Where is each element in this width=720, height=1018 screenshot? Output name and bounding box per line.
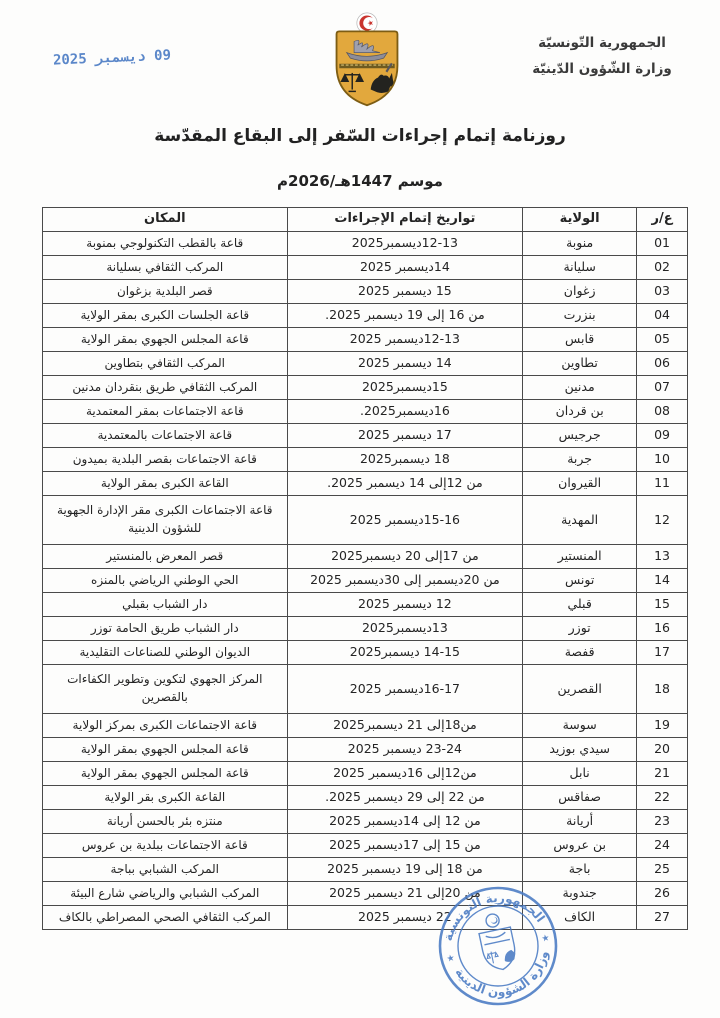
cell-wilaya: القصرين [523,664,637,713]
cell-dates: 22 ديسمبر 2025 [287,905,523,929]
cell-wilaya: بن عروس [523,833,637,857]
cell-place: المركب الثقافي بتطاوين [43,351,288,375]
table-row: 03 زغوان 15 ديسمبر 2025 قصر البلدية بزغو… [43,279,688,303]
cell-row-number: 11 [637,471,688,495]
schedule-table: ع/ر الولاية تواريخ إتمام الإجراءات المكا… [42,207,688,930]
stamp-star-left: ★ [446,953,456,964]
table-row: 01 منوبة 12-13ديسمبر2025 قاعة بالقطب الت… [43,231,688,255]
cell-wilaya: صفاقس [523,785,637,809]
cell-dates: 23-24 ديسمبر 2025 [287,737,523,761]
cell-wilaya: بن قردان [523,399,637,423]
table-row: 10 جربة 18 ديسمبر2025 قاعة الاجتماعات بق… [43,447,688,471]
republic-name: الجمهورية التّونسيّة [502,30,702,56]
ministry-header: الجمهورية التّونسيّة وزارة الشّؤون الدّي… [502,30,702,82]
cell-wilaya: جرجيس [523,423,637,447]
cell-row-number: 26 [637,881,688,905]
cell-wilaya: منوبة [523,231,637,255]
cell-row-number: 21 [637,761,688,785]
stamp-star-right: ★ [541,933,551,944]
table-row: 24 بن عروس من 15 إلى 17ديسمبر 2025 قاعة … [43,833,688,857]
cell-dates: من 22 إلى 29 ديسمبر 2025. [287,785,523,809]
cell-row-number: 01 [637,231,688,255]
cell-row-number: 22 [637,785,688,809]
cell-row-number: 24 [637,833,688,857]
cell-dates: 16ديسمبر2025. [287,399,523,423]
cell-wilaya: توزر [523,616,637,640]
stamp-bottom-text: وزارة الشؤون الدينية [451,947,559,1009]
cell-place: المركز الجهوي لتكوين وتطوير الكفاءات بال… [43,664,288,713]
cell-wilaya: سليانة [523,255,637,279]
cell-dates: 13ديسمبر2025 [287,616,523,640]
cell-wilaya: المهدية [523,495,637,544]
table-row: 07 مدنين 15ديسمبر2025 المركب الثقافي طري… [43,375,688,399]
cell-row-number: 19 [637,713,688,737]
table-row: 15 قبلي 12 ديسمبر 2025 دار الشباب بقبلي [43,592,688,616]
table-row: 13 المنستير من 17إلى 20 ديسمبر2025 قصر ا… [43,544,688,568]
cell-place: المركب الشبابي والرياضي شارع البيئة [43,881,288,905]
cell-row-number: 09 [637,423,688,447]
cell-row-number: 03 [637,279,688,303]
table-row: 09 جرجيس 17 ديسمبر 2025 قاعة الاجتماعات … [43,423,688,447]
cell-wilaya: قبلي [523,592,637,616]
cell-place: المركب الثقافي بسليانة [43,255,288,279]
cell-wilaya: تطاوين [523,351,637,375]
cell-place: قاعة الاجتماعات بمقر المعتمدية [43,399,288,423]
cell-dates: من 16 إلى 19 ديسمبر 2025. [287,303,523,327]
table-row: 23 أريانة من 12 إلى 14ديسمبر 2025 منتزه … [43,809,688,833]
cell-wilaya: القيروان [523,471,637,495]
cell-place: قاعة الاجتماعات بقصر البلدية بميدون [43,447,288,471]
cell-place: القاعة الكبرى بقر الولاية [43,785,288,809]
table-row: 17 قفصة 14-15 ديسمبر2025 الديوان الوطني … [43,640,688,664]
cell-row-number: 02 [637,255,688,279]
cell-dates: من 12إلى 14 ديسمبر 2025. [287,471,523,495]
cell-place: قصر البلدية بزغوان [43,279,288,303]
cell-place: المركب الثقافي طريق بنقردان مدنين [43,375,288,399]
cell-row-number: 14 [637,568,688,592]
cell-place: الديوان الوطني للصناعات التقليدية [43,640,288,664]
cell-place: الحي الوطني الرياضي بالمنزه [43,568,288,592]
cell-row-number: 20 [637,737,688,761]
cell-wilaya: قابس [523,327,637,351]
table-row: 21 نابل من12إلى 16ديسمبر 2025 قاعة المجل… [43,761,688,785]
cell-place: قاعة الاجتماعات الكبرى مقر الإدارة الجهو… [43,495,288,544]
document-page: الجمهورية التّونسيّة وزارة الشّؤون الدّي… [0,0,720,1018]
page-title: روزنامة إتمام إجراءات السّفر إلى البقاع … [0,126,720,146]
table-row: 05 قابس 12-13ديسمبر 2025 قاعة المجلس الج… [43,327,688,351]
cell-dates: 16-17ديسمبر 2025 [287,664,523,713]
table-row: 16 توزر 13ديسمبر2025 دار الشباب طريق الح… [43,616,688,640]
cell-row-number: 18 [637,664,688,713]
cell-place: قاعة المجلس الجهوي بمقر الولاية [43,761,288,785]
cell-dates: 18 ديسمبر2025 [287,447,523,471]
page-subtitle: موسم 1447هـ/2026م [0,172,720,190]
cell-place: قصر المعرض بالمنستير [43,544,288,568]
cell-row-number: 10 [637,447,688,471]
table-header-row: ع/ر الولاية تواريخ إتمام الإجراءات المكا… [43,208,688,232]
cell-dates: من 20ديسمبر إلى 30ديسمبر 2025 [287,568,523,592]
table-row: 12 المهدية 15-16ديسمبر 2025 قاعة الاجتما… [43,495,688,544]
table-row: 26 جندوبة من 20إلى 21 ديسمبر 2025 المركب… [43,881,688,905]
table-row: 20 سيدي بوزيد 23-24 ديسمبر 2025 قاعة الم… [43,737,688,761]
cell-wilaya: تونس [523,568,637,592]
cell-place: قاعة الاجتماعات ببلدية بن عروس [43,833,288,857]
table-row: 25 باجة من 18 إلى 19 ديسمبر 2025 المركب … [43,857,688,881]
cell-wilaya: قفصة [523,640,637,664]
cell-row-number: 16 [637,616,688,640]
cell-dates: 12-13ديسمبر2025 [287,231,523,255]
table-row: 11 القيروان من 12إلى 14 ديسمبر 2025. الق… [43,471,688,495]
table-row: 27 الكاف 22 ديسمبر 2025 المركب الثقافي ا… [43,905,688,929]
cell-place: القاعة الكبرى بمقر الولاية [43,471,288,495]
cell-wilaya: باجة [523,857,637,881]
cell-place: دار الشباب بقبلي [43,592,288,616]
cell-wilaya: مدنين [523,375,637,399]
cell-row-number: 08 [637,399,688,423]
cell-wilaya: زغوان [523,279,637,303]
cell-row-number: 15 [637,592,688,616]
cell-place: المركب الثقافي الصحي المصراطي بالكاف [43,905,288,929]
column-header-place: المكان [43,208,288,232]
column-header-dates: تواريخ إتمام الإجراءات [287,208,523,232]
cell-dates: من 17إلى 20 ديسمبر2025 [287,544,523,568]
table-row: 18 القصرين 16-17ديسمبر 2025 المركز الجهو… [43,664,688,713]
cell-dates: من 18 إلى 19 ديسمبر 2025 [287,857,523,881]
cell-row-number: 17 [637,640,688,664]
cell-row-number: 13 [637,544,688,568]
column-header-number: ع/ر [637,208,688,232]
cell-dates: 14-15 ديسمبر2025 [287,640,523,664]
cell-row-number: 27 [637,905,688,929]
cell-dates: من 12 إلى 14ديسمبر 2025 [287,809,523,833]
cell-row-number: 06 [637,351,688,375]
cell-wilaya: سيدي بوزيد [523,737,637,761]
cell-dates: من12إلى 16ديسمبر 2025 [287,761,523,785]
cell-place: قاعة الجلسات الكبرى بمقر الولاية [43,303,288,327]
cell-row-number: 25 [637,857,688,881]
cell-place: قاعة الاجتماعات الكبرى بمركز الولاية [43,713,288,737]
coat-of-arms-svg [330,12,404,108]
cell-dates: 14ديسمبر 2025 [287,255,523,279]
table-row: 19 سوسة من18إلى 21 ديسمبر2025 قاعة الاجت… [43,713,688,737]
cell-wilaya: أريانة [523,809,637,833]
table-row: 08 بن قردان 16ديسمبر2025. قاعة الاجتماعا… [43,399,688,423]
cell-dates: من18إلى 21 ديسمبر2025 [287,713,523,737]
table-row: 06 تطاوين 14 ديسمبر 2025 المركب الثقافي … [43,351,688,375]
cell-dates: من 15 إلى 17ديسمبر 2025 [287,833,523,857]
table-row: 14 تونس من 20ديسمبر إلى 30ديسمبر 2025 ال… [43,568,688,592]
cell-dates: 15ديسمبر2025 [287,375,523,399]
cell-place: قاعة المجلس الجهوي بمقر الولاية [43,737,288,761]
cell-dates: 14 ديسمبر 2025 [287,351,523,375]
cell-place: منتزه بئر بالحسن أريانة [43,809,288,833]
cell-place: قاعة المجلس الجهوي بمقر الولاية [43,327,288,351]
cell-row-number: 05 [637,327,688,351]
cell-row-number: 12 [637,495,688,544]
table-row: 22 صفاقس من 22 إلى 29 ديسمبر 2025. القاع… [43,785,688,809]
cell-row-number: 23 [637,809,688,833]
svg-text:وزارة الشؤون الدينية: وزارة الشؤون الدينية [451,947,559,1009]
date-received-stamp: 09 ديسمبر 2025 [42,47,183,69]
cell-wilaya: نابل [523,761,637,785]
cell-place: المركب الشبابي بباجة [43,857,288,881]
cell-dates: من 20إلى 21 ديسمبر 2025 [287,881,523,905]
cell-dates: 12 ديسمبر 2025 [287,592,523,616]
cell-place: قاعة بالقطب التكنولوجي بمنوبة [43,231,288,255]
cell-place: قاعة الاجتماعات بالمعتمدية [43,423,288,447]
column-header-wilaya: الولاية [523,208,637,232]
cell-row-number: 07 [637,375,688,399]
ministry-name: وزارة الشّؤون الدّينيّة [502,56,702,82]
table-row: 02 سليانة 14ديسمبر 2025 المركب الثقافي ب… [43,255,688,279]
tunisia-coat-of-arms-icon [330,12,404,108]
cell-dates: 17 ديسمبر 2025 [287,423,523,447]
cell-place: دار الشباب طريق الحامة توزر [43,616,288,640]
cell-wilaya: بنزرت [523,303,637,327]
cell-dates: 15 ديسمبر 2025 [287,279,523,303]
cell-dates: 15-16ديسمبر 2025 [287,495,523,544]
cell-wilaya: جربة [523,447,637,471]
cell-row-number: 04 [637,303,688,327]
cell-dates: 12-13ديسمبر 2025 [287,327,523,351]
table-row: 04 بنزرت من 16 إلى 19 ديسمبر 2025. قاعة … [43,303,688,327]
cell-wilaya: الكاف [523,905,637,929]
cell-wilaya: المنستير [523,544,637,568]
cell-wilaya: سوسة [523,713,637,737]
cell-wilaya: جندوبة [523,881,637,905]
